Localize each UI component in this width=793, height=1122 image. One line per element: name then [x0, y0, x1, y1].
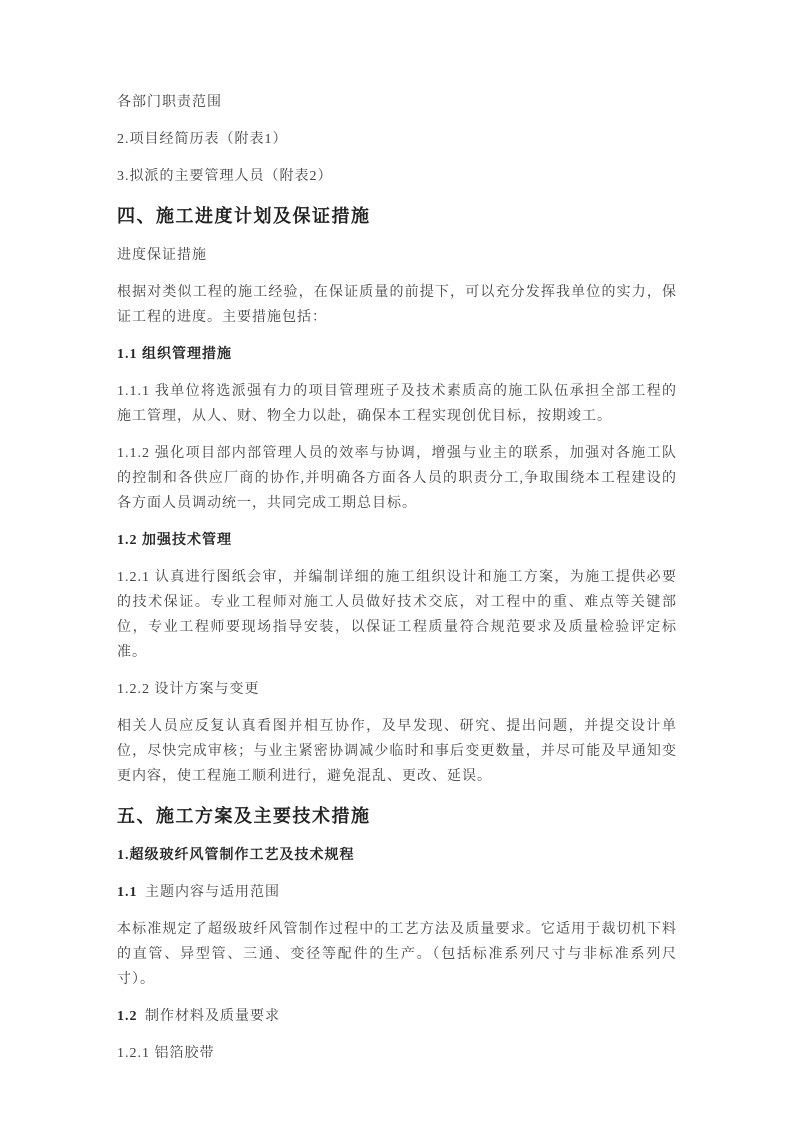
para-1-2-2-design-change-title: 1.2.2 设计方案与变更 [117, 677, 677, 702]
para-1-1-2-coordination: 1.1.2 强化项目部内部管理人员的效率与协调，增强与业主的联系，加强对各施工队… [117, 441, 677, 516]
document-body: { "page": { "background_color": "#ffffff… [0, 0, 793, 1122]
para-1-2-1-drawing-review: 1.2.1 认真进行图纸会审，并编制详细的施工组织设计和施工方案，为施工提供必要… [117, 565, 677, 665]
heading-1-2-materials-quality: 1.2 制作材料及质量要求 [117, 1004, 677, 1029]
heading-number: 1.2 [117, 1009, 138, 1024]
heading-1-2-tech-management: 1.2 加强技术管理 [117, 528, 677, 553]
para-department-duties: 各部门职责范围 [117, 90, 677, 115]
heading-text: 制作材料及质量要求 [141, 1009, 281, 1024]
heading-text: 主题内容与适用范围 [141, 885, 281, 900]
document-page: 各部门职责范围 2.项目经简历表（附表1） 3.拟派的主要管理人员（附表2） 四… [0, 0, 793, 1122]
para-design-change-detail: 相关人员应反复认真看图并相互协作，及早发现、研究、提出问题，并提交设计单位，尽快… [117, 714, 677, 789]
para-management-staff-table: 3.拟派的主要管理人员（附表2） [117, 164, 677, 189]
heading-1-1-scope: 1.1 主题内容与适用范围 [117, 880, 677, 905]
para-1-1-1-project-team: 1.1.1 我单位将选派强有力的项目管理班子及技术素质高的施工队伍承担全部工程的… [117, 379, 677, 429]
para-1-2-1-aluminum-foil-tape: 1.2.1 铝箔胶带 [117, 1041, 677, 1066]
para-schedule-guarantee-title: 进度保证措施 [117, 243, 677, 268]
heading-1-1-org-management: 1.1 组织管理措施 [117, 342, 677, 367]
para-standard-scope: 本标准规定了超级玻纤风管制作过程中的工艺方法及质量要求。它适用于裁切机下料的直管… [117, 917, 677, 992]
heading-1-duct-process-regulation: 1.超级玻纤风管制作工艺及技术规程 [117, 843, 677, 868]
heading-number: 1.1 [117, 885, 138, 900]
heading-section-5-construction-scheme: 五、施工方案及主要技术措施 [117, 801, 677, 831]
para-schedule-overview: 根据对类似工程的施工经验，在保证质量的前提下，可以充分发挥我单位的实力，保证工程… [117, 280, 677, 330]
heading-section-4-schedule-plan: 四、施工进度计划及保证措施 [117, 201, 677, 231]
para-project-resume-table: 2.项目经简历表（附表1） [117, 127, 677, 152]
